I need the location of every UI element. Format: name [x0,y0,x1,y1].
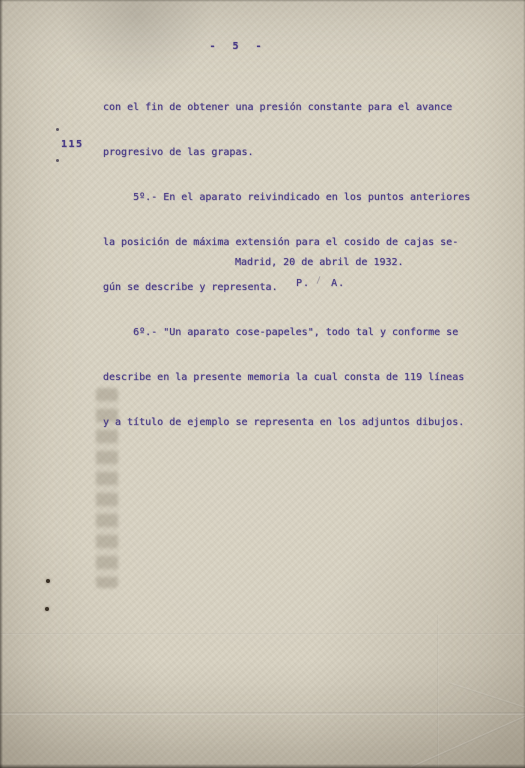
text-line: describe en la presente memoria la cual … [103,366,473,389]
sheet-edge-left [0,0,3,768]
ink-dot [56,159,59,162]
paper-crease [449,682,525,712]
ink-speck [46,579,50,583]
text-line: con el fin de obtener una presión consta… [103,96,473,119]
paper-crease [0,712,525,715]
sheet-edge-top [0,0,525,2]
text-line: progresivo de las grapas. [103,141,473,164]
text-line: y a título de ejemplo se representa en l… [103,411,473,434]
paper-crease [0,633,525,635]
text-line: gún se describe y representa. [103,276,473,299]
ink-speck [45,607,49,611]
scanned-document-page: - 5 - 115 con el fin de obtener una pres… [0,0,525,768]
signature-initials: P. A. [296,278,345,289]
ink-dot [56,128,59,131]
dateline: Madrid, 20 de abril de 1932. [235,255,404,271]
paper-crease [411,710,525,768]
text-line: la posición de máxima extensión para el … [103,231,473,254]
text-line: 5º.- En el aparato reivindicado en los p… [103,186,473,209]
paper-crease [437,615,439,768]
page-number: - 5 - [207,41,267,52]
margin-line-number: 115 [61,139,84,150]
text-line: 6º.- "Un aparato cose-papeles", todo tal… [103,321,473,344]
sheet-edge-bottom [0,764,525,768]
